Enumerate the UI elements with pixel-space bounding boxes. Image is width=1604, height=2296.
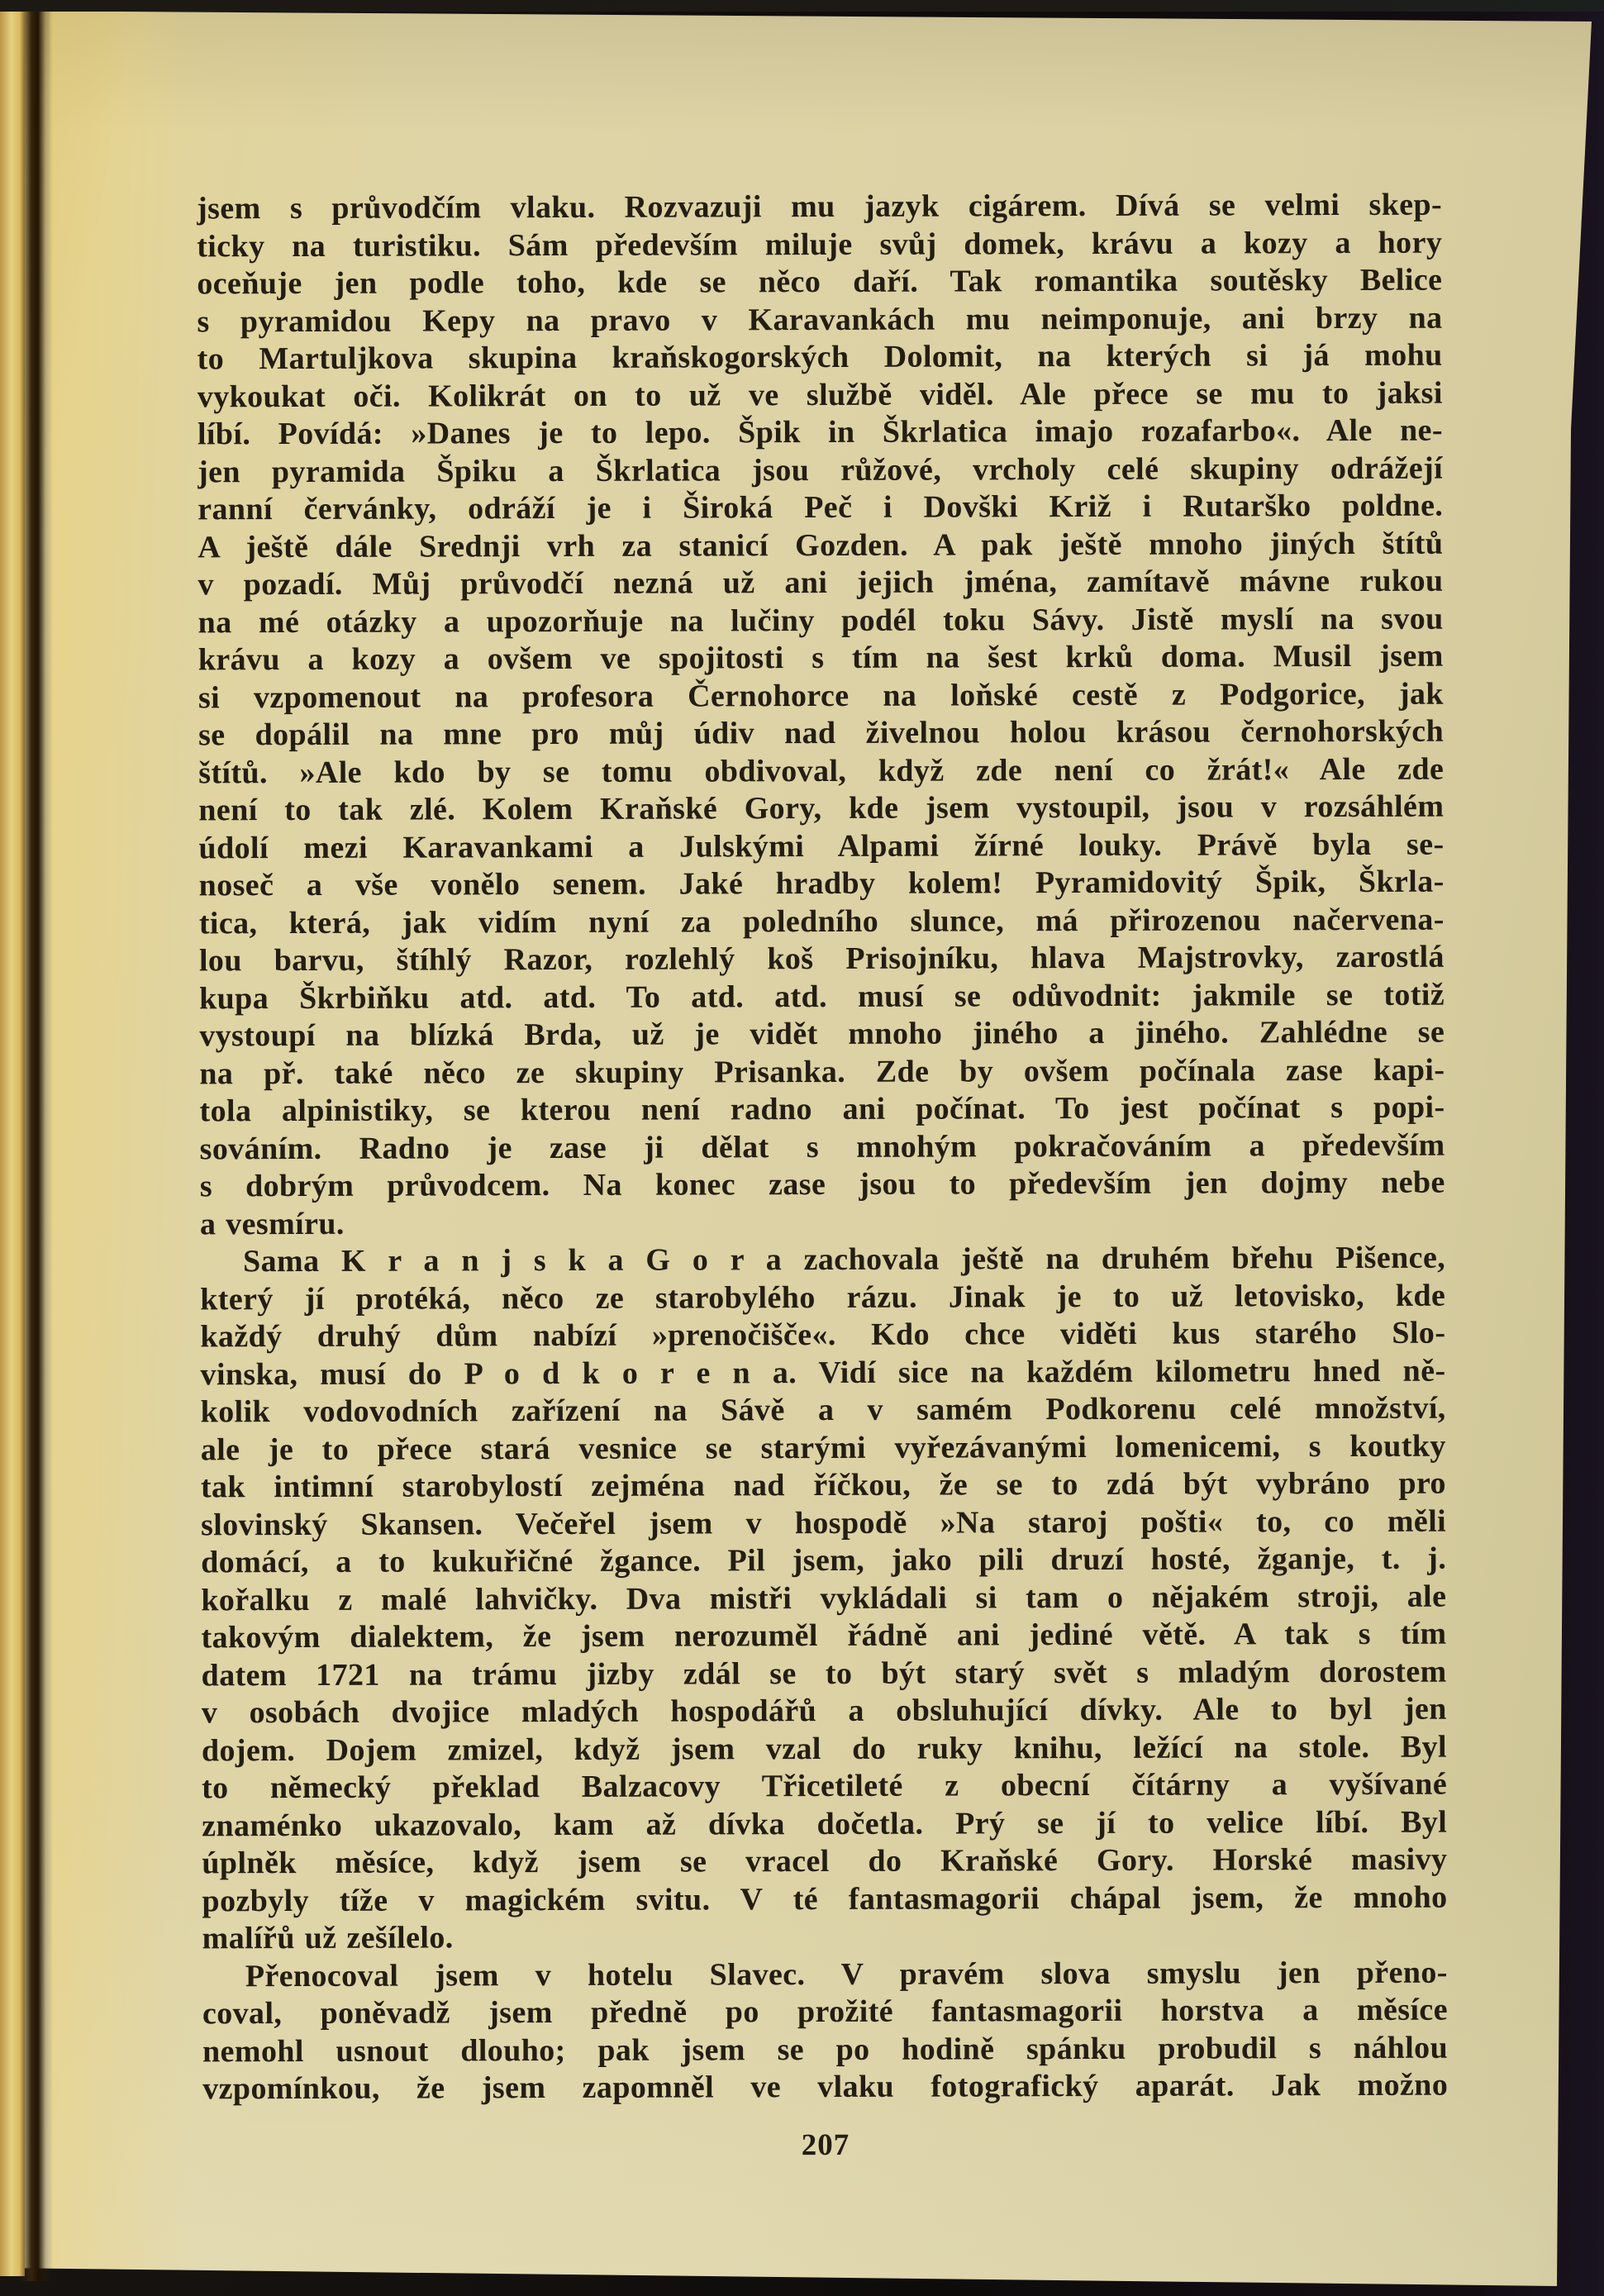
text-line: štítů. »Ale kdo by se tomu obdivoval, kd… <box>198 750 1444 792</box>
text-line: kupa Škrbiňku atd. atd. To atd. atd. mus… <box>199 976 1445 1017</box>
text-line: takovým dialektem, že jsem nerozuměl řád… <box>201 1616 1446 1657</box>
text-line: Přenocoval jsem v hotelu Slavec. V pravé… <box>202 1954 1448 1995</box>
text-line: v pozadí. Můj průvodčí nezná už ani jeji… <box>198 563 1443 604</box>
scan-dark-edge-top <box>0 0 1604 12</box>
text-line: vinska, musí do P o d k o r e n a. Vidí … <box>200 1352 1445 1393</box>
text-line: malířů už zešílelo. <box>202 1917 1448 1958</box>
book-page-scan: jsem s průvodčím vlaku. Rozvazuji mu jaz… <box>0 0 1604 2296</box>
text-line: A ještě dále Srednji vrh za stanicí Gozd… <box>198 525 1443 566</box>
text-line: domácí, a to kukuřičné žgance. Pil jsem,… <box>201 1541 1446 1582</box>
text-line: vzpomínkou, že jsem zapomněl ve vlaku fo… <box>202 2067 1448 2108</box>
text-line: to Martuljkova skupina kraňskogorských D… <box>198 337 1443 379</box>
text-line: kolik vodovodních zařízení na Sávě a v s… <box>201 1390 1446 1431</box>
page-number: 207 <box>202 2124 1448 2165</box>
text-line: coval, poněvadž jsem předně po prožité f… <box>202 1992 1448 2033</box>
text-line: ale je to přece stará vesnice se starými… <box>201 1427 1446 1469</box>
page-text: jsem s průvodčím vlaku. Rozvazuji mu jaz… <box>197 187 1449 2166</box>
text-line: není to tak zlé. Kolem Kraňské Gory, kde… <box>198 788 1444 830</box>
text-line: oceňuje jen podle toho, kde se něco daří… <box>197 262 1442 303</box>
text-line: ranní červánky, odráží je i Široká Peč i… <box>198 488 1443 529</box>
text-line: slovinský Skansen. Večeřel jsem v hospod… <box>201 1503 1446 1544</box>
text-line: krávu a kozy a ovšem ve spojitosti s tím… <box>198 638 1444 679</box>
text-line: líbí. Povídá: »Danes je to lepo. Špik in… <box>198 412 1443 454</box>
text-line: na př. také něco ze skupiny Prisanka. Zd… <box>199 1051 1445 1093</box>
text-line: vykoukat oči. Kolikrát on to už ve služb… <box>198 374 1443 416</box>
text-line: tola alpinistiky, se kterou není radno a… <box>199 1089 1445 1131</box>
text-line: údolí mezi Karavankami a Julskými Alpami… <box>198 826 1444 867</box>
page-paper: jsem s průvodčím vlaku. Rozvazuji mu jaz… <box>0 0 1604 2296</box>
text-line: úplněk měsíce, když jsem se vracel do Kr… <box>202 1841 1447 1883</box>
text-line: lou barvu, štíhlý Razor, rozlehlý koš Pr… <box>199 939 1445 980</box>
text-line: noseč a vše vonělo senem. Jaké hradby ko… <box>199 864 1445 905</box>
gutter-paper-glow <box>50 11 190 2268</box>
text-line: si vzpomenout na profesora Černohorce na… <box>198 675 1444 717</box>
text-line: kořalku z malé lahvičky. Dva mistři vykl… <box>201 1578 1446 1619</box>
text-line: v osobách dvojice mladých hospodářů a ob… <box>202 1691 1447 1732</box>
text-line: ticky na turistiku. Sám především miluje… <box>197 224 1442 265</box>
text-line: a vesmíru. <box>200 1202 1445 1243</box>
text-line: s pyramidou Kepy na pravo v Karavankách … <box>197 299 1442 341</box>
text-line: na mé otázky a upozorňuje na lučiny podé… <box>198 600 1444 641</box>
text-line: se dopálil na mne pro můj údiv nad živel… <box>198 713 1444 755</box>
text-line: tak intimní starobylostí zejména nad říč… <box>201 1465 1446 1507</box>
text-line: to německý překlad Balzacovy Třicetileté… <box>202 1766 1447 1808</box>
text-line: nemohl usnout dlouho; pak jsem se po hod… <box>202 2029 1448 2070</box>
text-line: Sama K r a n j s k a G o r a zachovala j… <box>200 1240 1445 1281</box>
text-line: který jí protéká, něco ze starobylého rá… <box>200 1277 1445 1318</box>
text-line: dojem. Dojem zmizel, když jsem vzal do r… <box>202 1728 1447 1770</box>
text-line: jsem s průvodčím vlaku. Rozvazuji mu jaz… <box>197 187 1442 228</box>
text-line: sováním. Radno je zase ji dělat s mnohým… <box>200 1127 1445 1168</box>
text-line: datem 1721 na trámu jizby zdál se to být… <box>202 1653 1447 1694</box>
text-line: s dobrým průvodcem. Na konec zase jsou t… <box>200 1165 1445 1206</box>
text-line: tica, která, jak vidím nyní za poledního… <box>199 901 1445 942</box>
text-line: jen pyramida Špiku a Škrlatica jsou růžo… <box>198 450 1443 491</box>
text-line: každý druhý dům nabízí »prenočišče«. Kdo… <box>200 1315 1445 1356</box>
text-line: pozbyly tíže v magickém svitu. V té fant… <box>202 1879 1447 1920</box>
text-line: vystoupí na blízká Brda, už je vidět mno… <box>199 1014 1445 1055</box>
text-line: znaménko ukazovalo, kam až dívka dočetla… <box>202 1803 1447 1845</box>
book-gutter-shadow <box>20 0 53 2281</box>
